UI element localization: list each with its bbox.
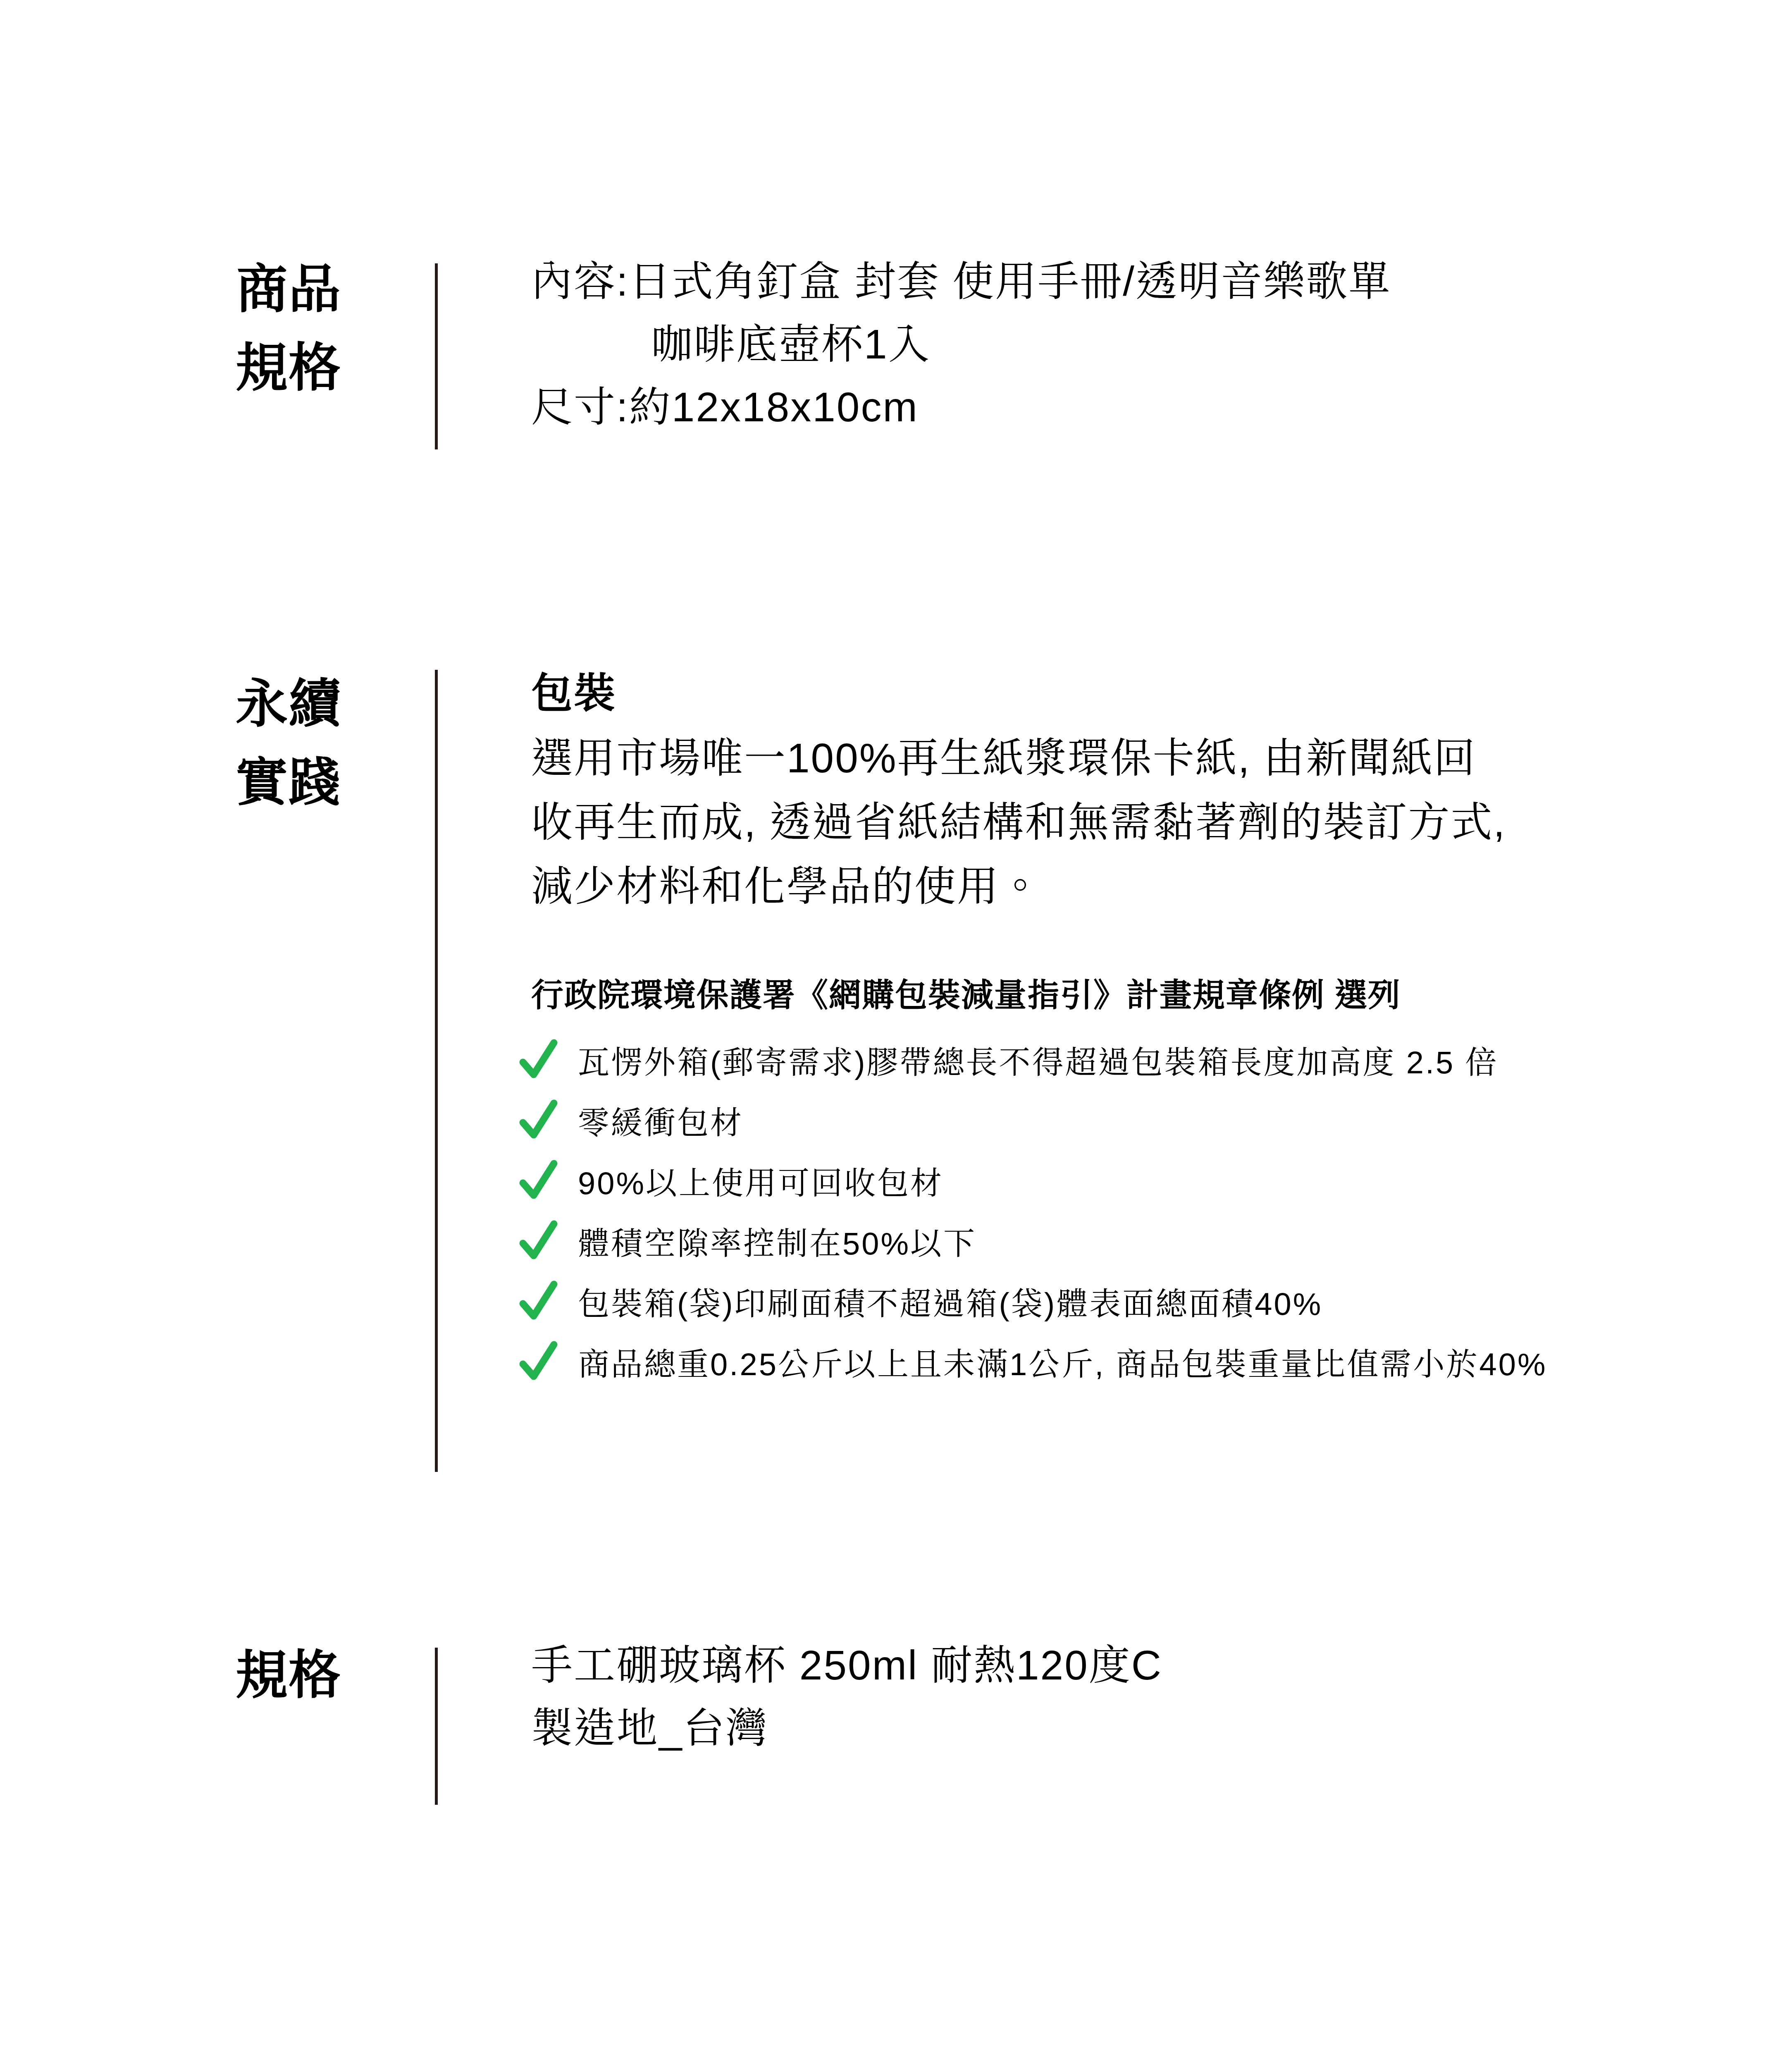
paragraph-line: 減少材料和化學品的使用。 bbox=[531, 855, 1506, 919]
section-label-sustainability: 永續 實踐 bbox=[236, 665, 341, 822]
check-icon bbox=[519, 1218, 558, 1264]
checklist-item-text: 零緩衝包材 bbox=[578, 1098, 743, 1143]
checklist-item-text: 包裝箱(袋)印刷面積不超過箱(袋)體表面總面積40% bbox=[578, 1279, 1322, 1324]
section-label-line: 規格 bbox=[236, 329, 341, 407]
paragraph-line: 收再生而成, 透過省紙結構和無需黏著劑的裝訂方式, bbox=[531, 791, 1506, 855]
check-icon bbox=[519, 1338, 558, 1385]
content-line-size: 尺寸:約12x18x10cm bbox=[531, 376, 1391, 439]
product-spec-sheet: 商品 規格 內容:日式角釘盒 封套 使用手冊/透明音樂歌單 咖啡底壺杯1入 尺寸… bbox=[0, 0, 1792, 2064]
content-line-glass-spec: 手工硼玻璃杯 250ml 耐熱120度C bbox=[531, 1634, 1162, 1697]
guideline-subheading: 行政院環境保護署《網購包裝減量指引》計畫規章條例 選列 bbox=[531, 972, 1401, 1018]
checklist-item: 90%以上使用可回收包材 bbox=[519, 1150, 1547, 1211]
checklist-item: 體積空隙率控制在50%以下 bbox=[519, 1211, 1547, 1271]
paragraph-line: 選用市場唯一100%再生紙漿環保卡紙, 由新聞紙回 bbox=[531, 726, 1506, 791]
checklist-item: 瓦愣外箱(郵寄需求)膠帶總長不得超過包裝箱長度加高度 2.5 倍 bbox=[519, 1030, 1547, 1090]
check-icon bbox=[519, 1278, 558, 1324]
checklist-item-text: 90%以上使用可回收包材 bbox=[578, 1158, 943, 1203]
section-label-line: 永續 bbox=[236, 665, 341, 743]
product-spec-content: 內容:日式角釘盒 封套 使用手冊/透明音樂歌單 咖啡底壺杯1入 尺寸:約12x1… bbox=[531, 250, 1391, 439]
content-line-contents: 內容:日式角釘盒 封套 使用手冊/透明音樂歌單 bbox=[531, 250, 1391, 313]
checklist-item: 包裝箱(袋)印刷面積不超過箱(袋)體表面總面積40% bbox=[519, 1271, 1547, 1331]
packaging-paragraph: 選用市場唯一100%再生紙漿環保卡紙, 由新聞紙回 收再生而成, 透過省紙結構和… bbox=[531, 726, 1506, 919]
vertical-divider bbox=[435, 1648, 438, 1805]
section-label-line: 實踐 bbox=[236, 743, 341, 822]
packaging-heading: 包裝 bbox=[531, 662, 616, 724]
section-label-line: 商品 bbox=[236, 250, 341, 329]
checklist-item: 商品總重0.25公斤以上且未滿1公斤, 商品包裝重量比值需小於40% bbox=[519, 1331, 1547, 1392]
section-label-line: 規格 bbox=[236, 1636, 341, 1715]
check-icon bbox=[519, 1037, 558, 1083]
spec-content: 手工硼玻璃杯 250ml 耐熱120度C 製造地_台灣 bbox=[531, 1634, 1162, 1760]
check-icon bbox=[519, 1157, 558, 1204]
section-label-product-spec: 商品 規格 bbox=[236, 250, 341, 407]
checklist-item-text: 商品總重0.25公斤以上且未滿1公斤, 商品包裝重量比值需小於40% bbox=[578, 1339, 1547, 1384]
check-icon bbox=[519, 1097, 558, 1143]
section-label-spec: 規格 bbox=[236, 1636, 341, 1715]
checklist-item: 零緩衝包材 bbox=[519, 1090, 1547, 1150]
guideline-subheading-wrap: 行政院環境保護署《網購包裝減量指引》計畫規章條例 選列 bbox=[531, 972, 1401, 1018]
vertical-divider bbox=[435, 670, 438, 1472]
checklist-item-text: 瓦愣外箱(郵寄需求)膠帶總長不得超過包裝箱長度加高度 2.5 倍 bbox=[578, 1037, 1499, 1082]
content-line-origin: 製造地_台灣 bbox=[531, 1697, 1162, 1760]
vertical-divider bbox=[435, 263, 438, 449]
guideline-checklist: 瓦愣外箱(郵寄需求)膠帶總長不得超過包裝箱長度加高度 2.5 倍 零緩衝包材 9… bbox=[519, 1030, 1547, 1392]
content-line-contents-cont: 咖啡底壺杯1入 bbox=[531, 313, 1391, 376]
checklist-item-text: 體積空隙率控制在50%以下 bbox=[578, 1218, 976, 1264]
packaging-heading-wrap: 包裝 bbox=[531, 662, 616, 724]
